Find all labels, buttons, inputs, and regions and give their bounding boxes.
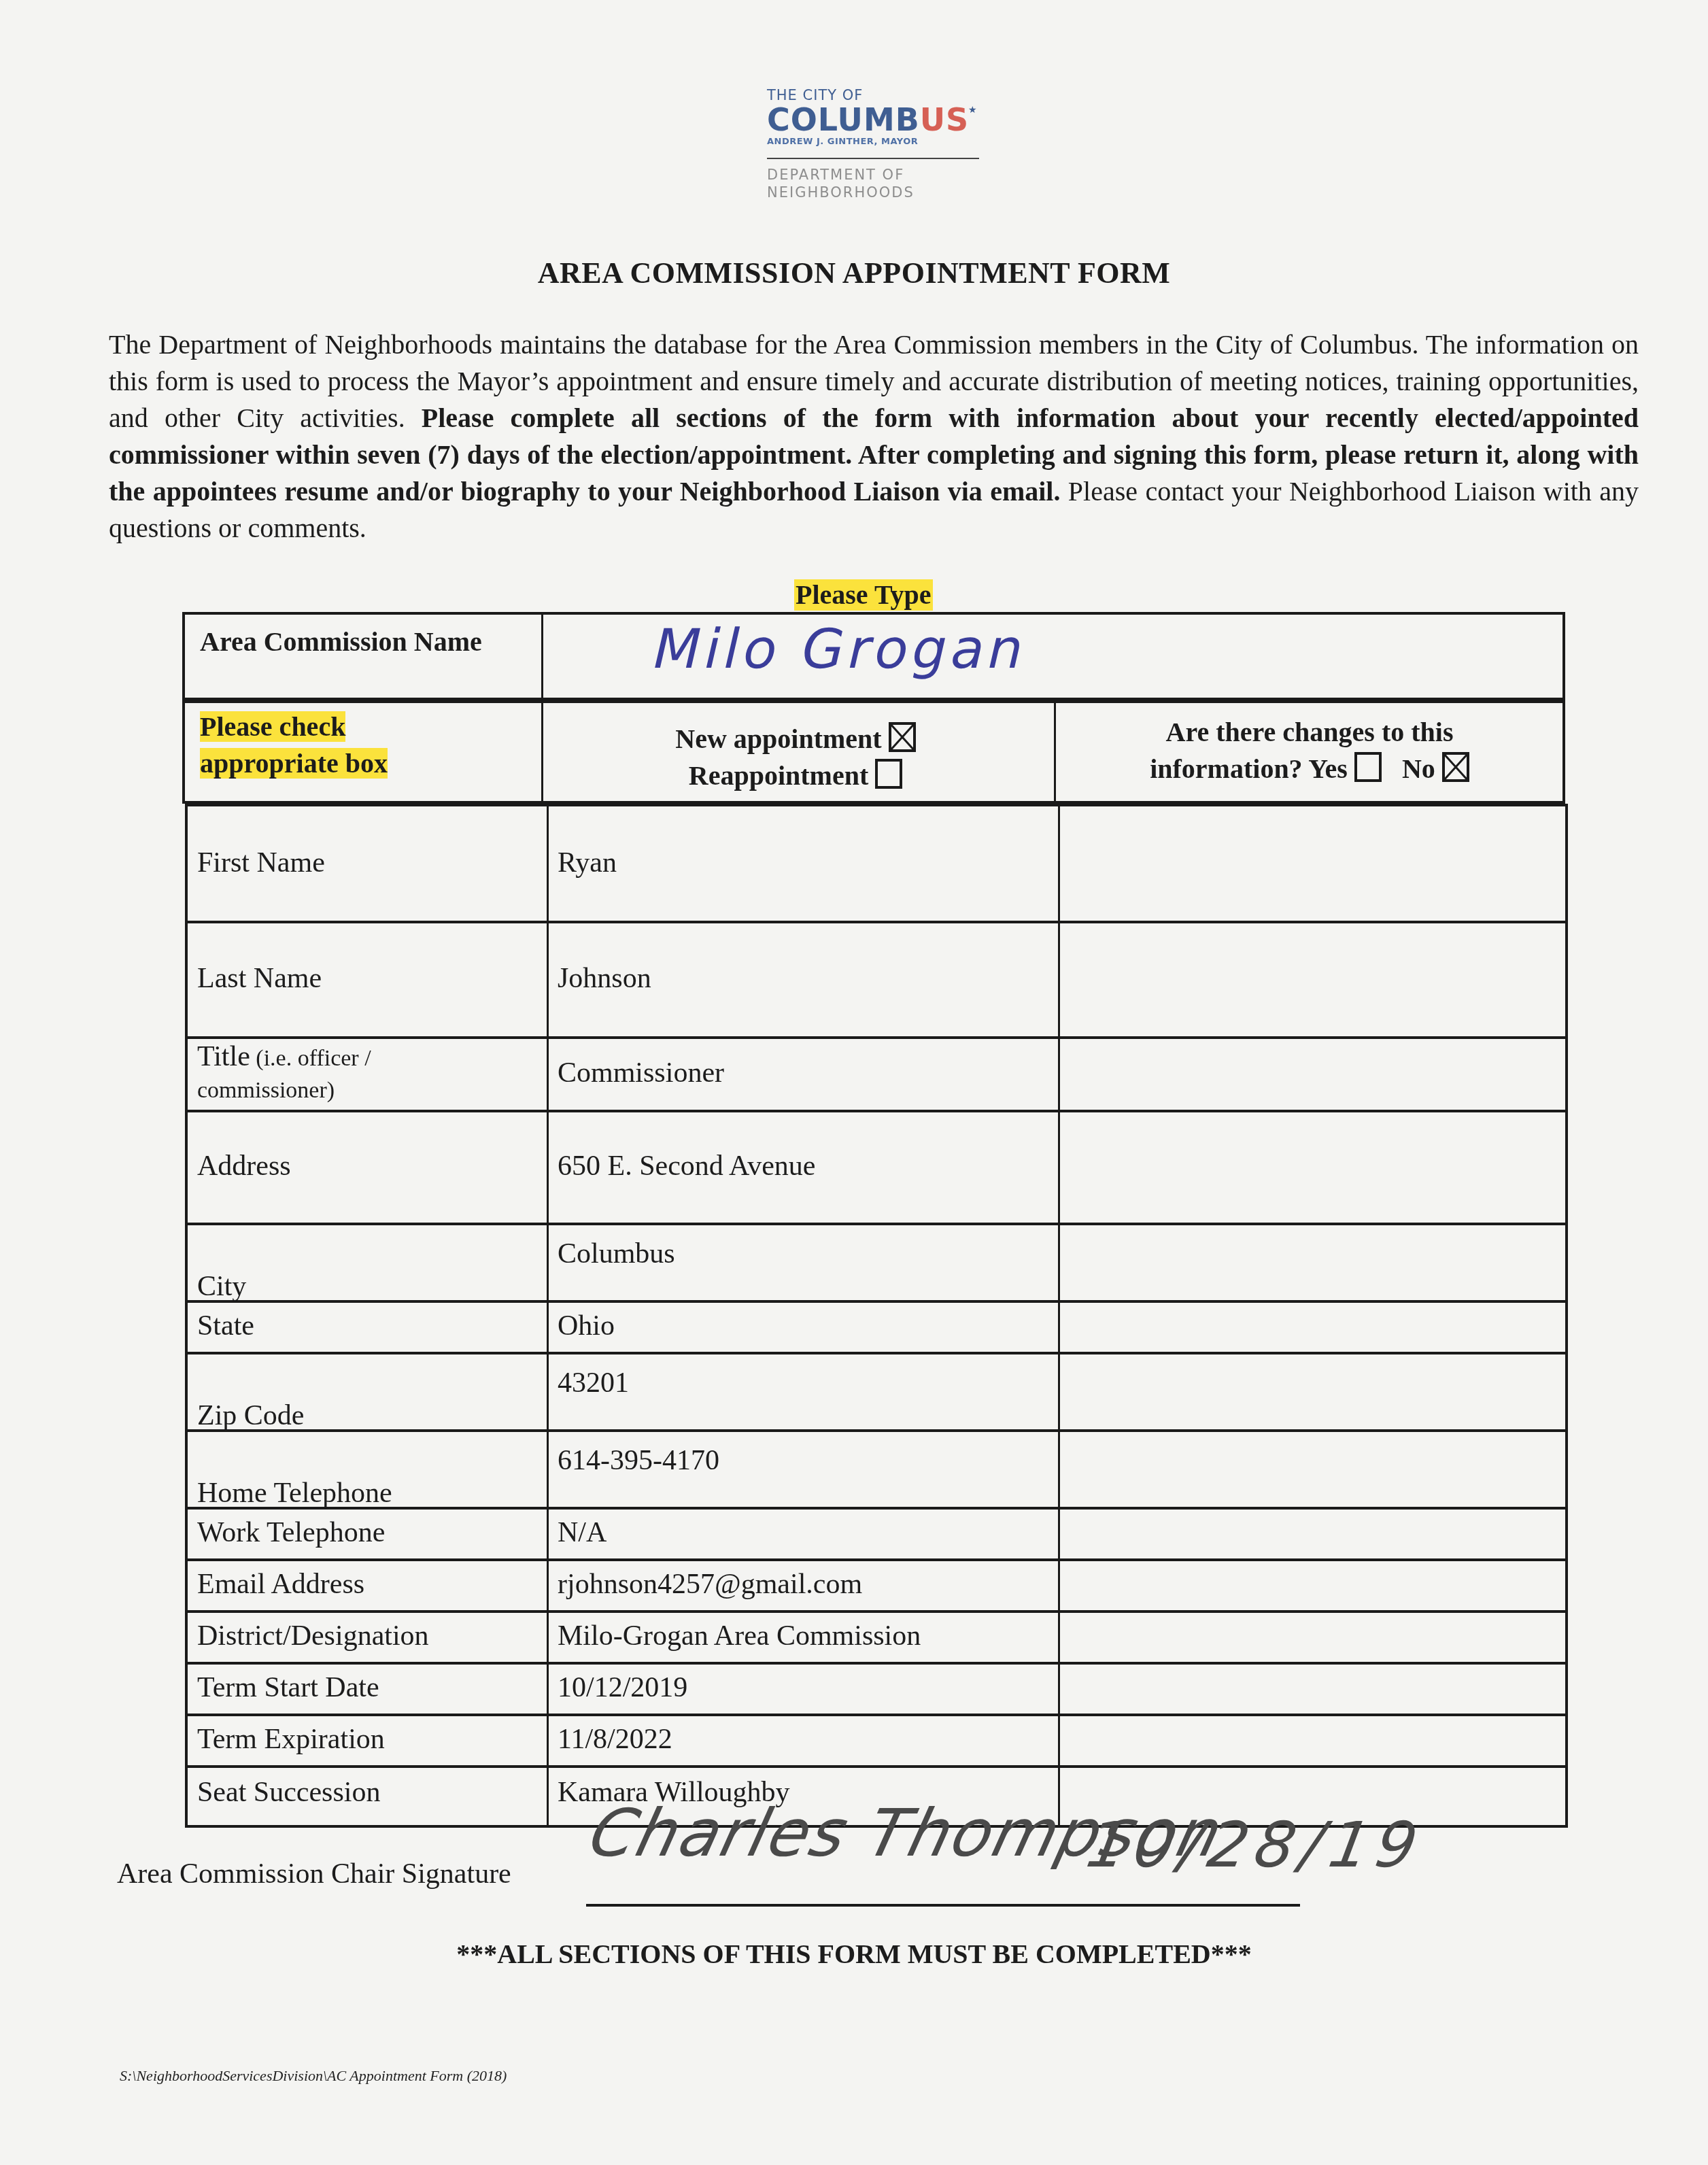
row-value[interactable]: Commissioner: [558, 1058, 724, 1088]
table-row: Term Start Date10/12/2019: [188, 1663, 1565, 1715]
area-commission-label: Area Commission Name: [200, 626, 482, 658]
row-label: Term Start Date: [197, 1673, 379, 1703]
table-row: CityColumbus: [188, 1224, 1565, 1301]
row-change-field[interactable]: [1065, 1560, 1561, 1612]
please-type-label: Please Type: [794, 579, 933, 611]
changes-yes-checkbox[interactable]: [1354, 752, 1382, 782]
table-row: Home Telephone614-395-4170: [188, 1431, 1565, 1508]
row-change-field[interactable]: [1065, 922, 1561, 1038]
row-change-field[interactable]: [1065, 1111, 1561, 1224]
row-value[interactable]: Ryan: [558, 848, 617, 878]
row-change-field[interactable]: [1065, 1431, 1561, 1508]
changes-question: Are there changes to this information? Y…: [1057, 714, 1562, 787]
reappointment-checkbox[interactable]: [875, 759, 902, 789]
appointment-form-page: THE CITY OF COLUMBUS ★ ANDREW J. GINTHER…: [0, 0, 1708, 2165]
signature-line[interactable]: [586, 1904, 1300, 1907]
row-value[interactable]: 43201: [558, 1368, 629, 1398]
row-change-field[interactable]: [1065, 1612, 1561, 1663]
intro-paragraph: The Department of Neighborhoods maintain…: [109, 326, 1639, 547]
row-label: Last Name: [197, 964, 322, 993]
table-row: Last NameJohnson: [188, 922, 1565, 1038]
signature-label: Area Commission Chair Signature: [117, 1858, 511, 1890]
row-change-field[interactable]: [1065, 1715, 1561, 1767]
row-value[interactable]: 11/8/2022: [558, 1724, 672, 1754]
row-change-field[interactable]: [1065, 1224, 1561, 1301]
area-commission-table: Area Commission Name Milo Grogan: [182, 612, 1565, 700]
table-row: Term Expiration11/8/2022: [188, 1715, 1565, 1767]
row-label: Address: [197, 1151, 291, 1181]
row-value[interactable]: N/A: [558, 1518, 607, 1548]
row-value[interactable]: 650 E. Second Avenue: [558, 1151, 815, 1181]
check-instruction: Please check appropriate box: [200, 709, 388, 782]
row-change-field[interactable]: [1065, 1353, 1561, 1431]
city-logo: THE CITY OF COLUMBUS ★ ANDREW J. GINTHER…: [767, 87, 991, 201]
row-label: Home Telephone: [197, 1478, 392, 1508]
logo-divider: [767, 158, 979, 159]
row-value[interactable]: Ohio: [558, 1311, 615, 1341]
row-label: Title (i.e. officer /commissioner): [197, 1042, 371, 1106]
row-label: Zip Code: [197, 1401, 304, 1431]
table-row: District/DesignationMilo-Grogan Area Com…: [188, 1612, 1565, 1663]
row-change-field[interactable]: [1065, 1038, 1561, 1111]
row-value[interactable]: 10/12/2019: [558, 1673, 687, 1703]
row-label: District/Designation: [197, 1621, 429, 1651]
table-row: Title (i.e. officer /commissioner)Commis…: [188, 1038, 1565, 1111]
file-path-footer: S:\NeighborhoodServicesDivision\AC Appoi…: [120, 2067, 507, 2085]
row-label: Email Address: [197, 1569, 364, 1599]
completion-notice: ***ALL SECTIONS OF THIS FORM MUST BE COM…: [0, 1938, 1708, 1970]
row-change-field[interactable]: [1065, 1508, 1561, 1560]
row-label: Term Expiration: [197, 1724, 385, 1754]
row-label: Seat Succession: [197, 1777, 380, 1807]
row-label: City: [197, 1272, 246, 1301]
row-value[interactable]: rjohnson4257@gmail.com: [558, 1569, 862, 1599]
star-icon: ★: [968, 94, 978, 126]
area-commission-value[interactable]: Milo Grogan: [653, 617, 1027, 681]
form-title: AREA COMMISSION APPOINTMENT FORM: [0, 256, 1708, 290]
table-row: StateOhio: [188, 1301, 1565, 1353]
row-change-field[interactable]: [1065, 806, 1561, 922]
row-label: State: [197, 1311, 254, 1341]
row-label: First Name: [197, 848, 325, 878]
row-value[interactable]: Johnson: [558, 964, 651, 993]
commissioner-info-table: First NameRyanLast NameJohnsonTitle (i.e…: [185, 804, 1568, 1828]
signature-date: 10/28/19: [1082, 1809, 1430, 1881]
row-value[interactable]: 614-395-4170: [558, 1446, 719, 1476]
appointment-type-options: New appointment Reappointment: [544, 721, 1047, 794]
table-row: Email Addressrjohnson4257@gmail.com: [188, 1560, 1565, 1612]
table-row: Work TelephoneN/A: [188, 1508, 1565, 1560]
changes-no-checkbox[interactable]: [1442, 752, 1469, 782]
row-change-field[interactable]: [1065, 1301, 1561, 1353]
table-row: Address650 E. Second Avenue: [188, 1111, 1565, 1224]
new-appointment-checkbox[interactable]: [889, 722, 916, 752]
logo-columbus: COLUMBUS ★: [767, 103, 991, 136]
logo-dept-line1: DEPARTMENT OF: [767, 166, 991, 184]
table-row: First NameRyan: [188, 806, 1565, 922]
appointment-type-table: Please check appropriate box New appoint…: [182, 700, 1565, 804]
row-label: Work Telephone: [197, 1518, 385, 1548]
row-value[interactable]: Milo-Grogan Area Commission: [558, 1621, 921, 1651]
row-value[interactable]: Columbus: [558, 1239, 675, 1269]
row-change-field[interactable]: [1065, 1663, 1561, 1715]
table-row: Zip Code43201: [188, 1353, 1565, 1431]
logo-dept-line2: NEIGHBORHOODS: [767, 184, 991, 201]
